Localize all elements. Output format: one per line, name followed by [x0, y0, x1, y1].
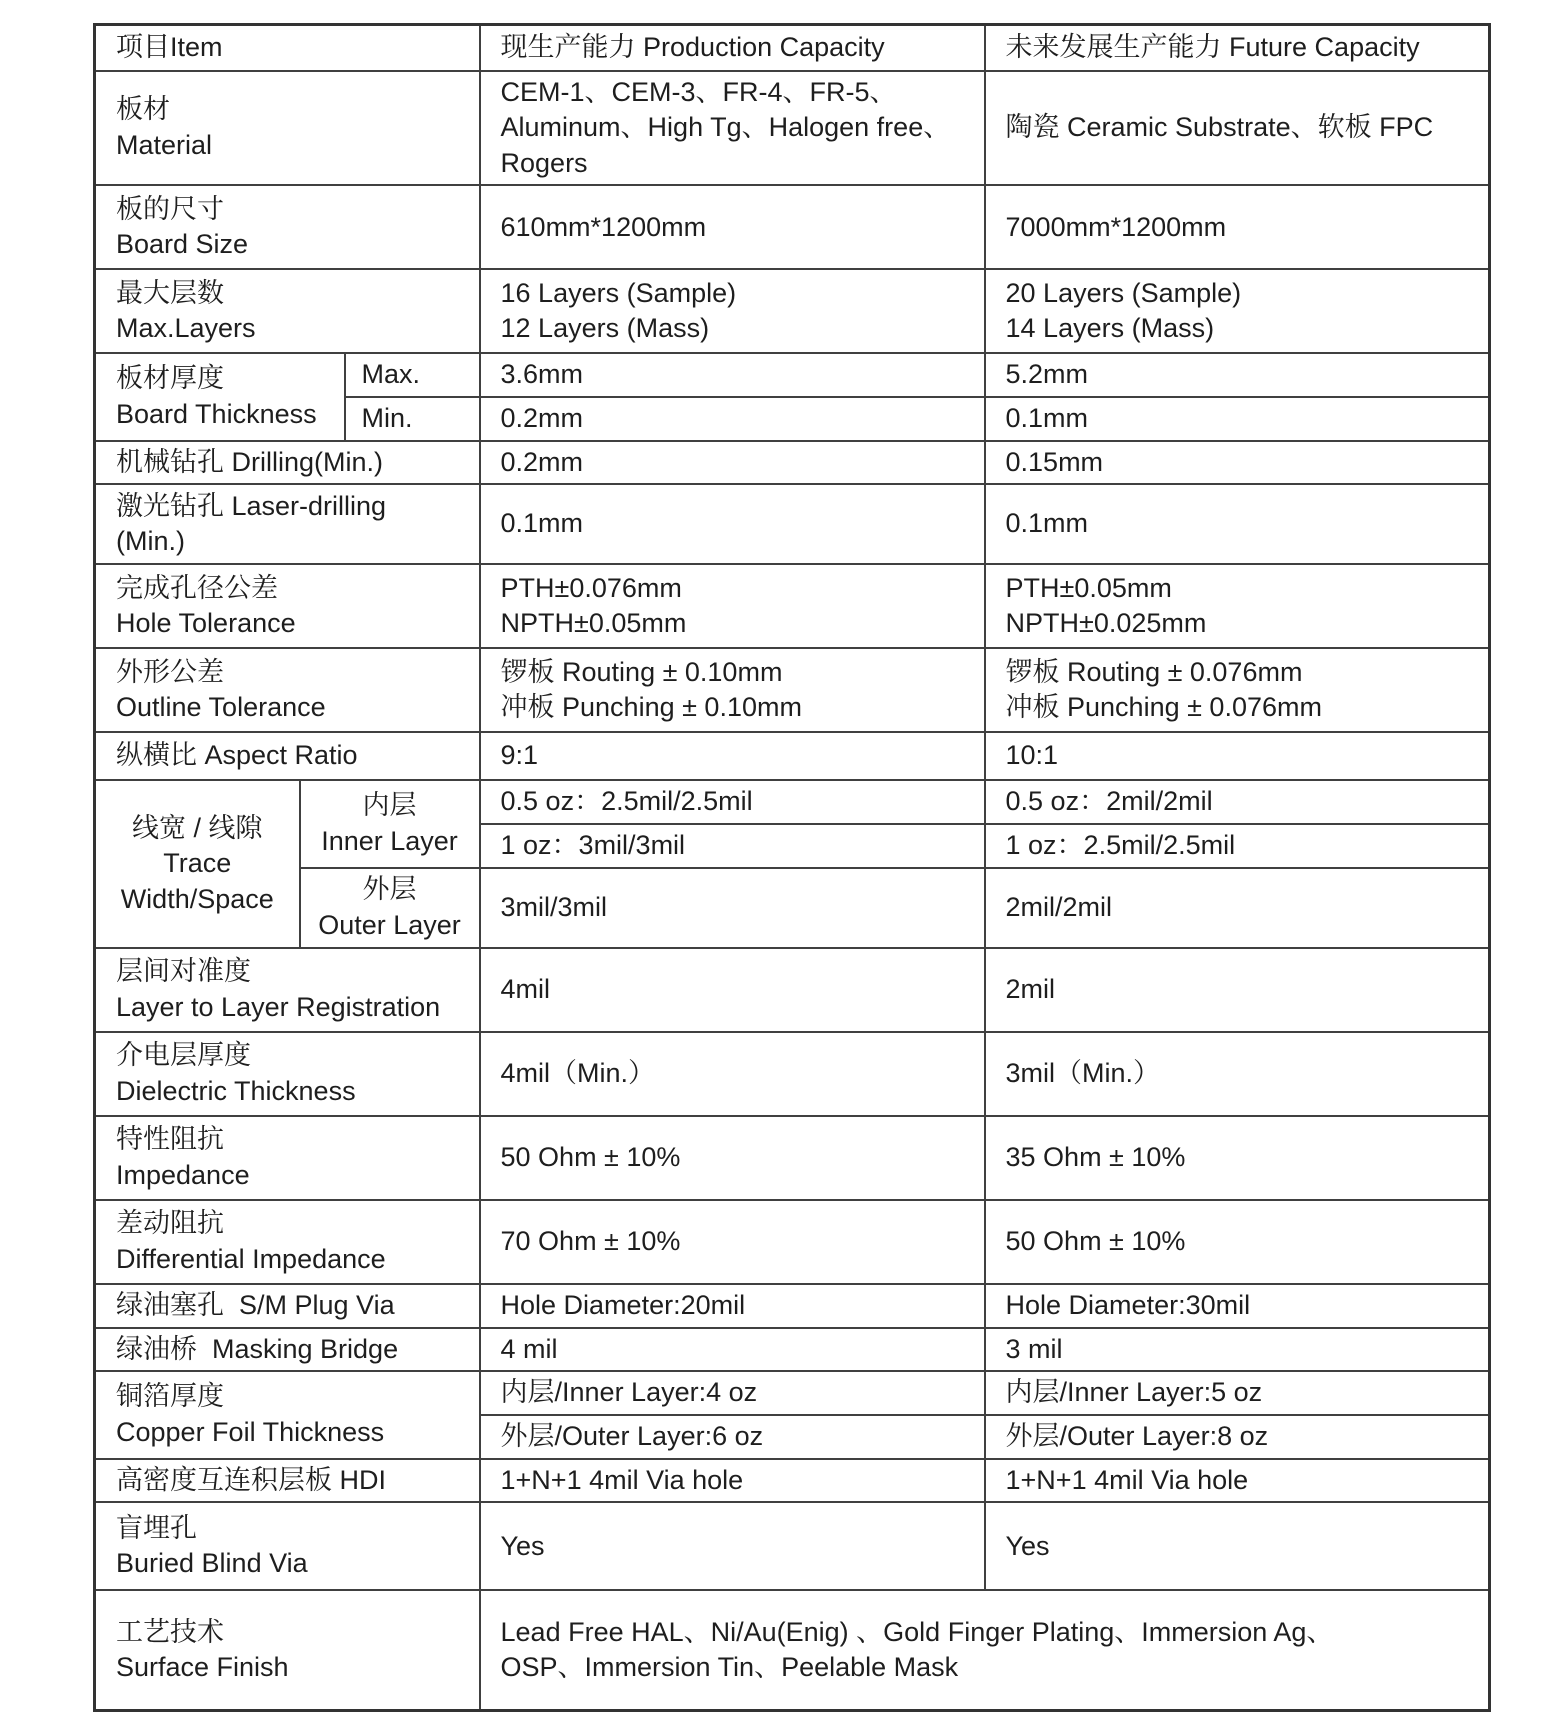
cell-board-thickness-label: 板材厚度 Board Thickness — [95, 353, 345, 440]
cell-impedance-production: 50 Ohm ± 10% — [480, 1116, 985, 1200]
cell-board-size-future: 7000mm*1200mm — [985, 185, 1490, 269]
cell-layer-registration-label: 层间对准度 Layer to Layer Registration — [95, 948, 480, 1032]
cell-copper-foil-inner-future: 内层/Inner Layer:5 oz — [985, 1371, 1490, 1415]
cell-laser-drilling-production: 0.1mm — [480, 484, 985, 564]
cell-layer-registration-future: 2mil — [985, 948, 1490, 1032]
cell-aspect-ratio-production: 9:1 — [480, 732, 985, 780]
cell-hdi-label: 高密度互连积层板 HDI — [95, 1459, 480, 1503]
cell-board-thickness-max-production: 3.6mm — [480, 353, 985, 397]
row-board-size: 板的尺寸 Board Size 610mm*1200mm 7000mm*1200… — [95, 185, 1490, 269]
cell-board-size-label: 板的尺寸 Board Size — [95, 185, 480, 269]
cell-trace-outer-label: 外层 Outer Layer — [300, 868, 480, 948]
cell-trace-inner-05oz-future: 0.5 oz：2mil/2mil — [985, 780, 1490, 824]
cell-drilling-future: 0.15mm — [985, 441, 1490, 485]
cell-hdi-future: 1+N+1 4mil Via hole — [985, 1459, 1490, 1503]
cell-surface-finish-value: Lead Free HAL、Ni/Au(Enig) 、Gold Finger P… — [480, 1590, 1490, 1710]
row-differential-impedance: 差动阻抗 Differential Impedance 70 Ohm ± 10%… — [95, 1200, 1490, 1284]
cell-trace-label: 线宽 / 线隙 Trace Width/Space — [95, 780, 300, 948]
row-copper-foil-inner: 铜箔厚度 Copper Foil Thickness 内层/Inner Laye… — [95, 1371, 1490, 1415]
cell-trace-inner-1oz-production: 1 oz：3mil/3mil — [480, 824, 985, 868]
cell-drilling-label: 机械钻孔 Drilling(Min.) — [95, 441, 480, 485]
cell-trace-inner-label: 内层 Inner Layer — [300, 780, 480, 868]
cell-max-layers-future: 20 Layers (Sample) 14 Layers (Mass) — [985, 269, 1490, 353]
cell-dielectric-label: 介电层厚度 Dielectric Thickness — [95, 1032, 480, 1116]
cell-masking-bridge-future: 3 mil — [985, 1328, 1490, 1372]
header-item: 项目Item — [95, 25, 480, 71]
cell-masking-bridge-production: 4 mil — [480, 1328, 985, 1372]
row-outline-tolerance: 外形公差 Outline Tolerance 锣板 Routing ± 0.10… — [95, 648, 1490, 732]
header-production-capacity: 现生产能力 Production Capacity — [480, 25, 985, 71]
cell-surface-finish-label: 工艺技术 Surface Finish — [95, 1590, 480, 1710]
cell-copper-foil-outer-production: 外层/Outer Layer:6 oz — [480, 1415, 985, 1459]
row-buried-blind-via: 盲埋孔 Buried Blind Via Yes Yes — [95, 1502, 1490, 1590]
cell-drilling-production: 0.2mm — [480, 441, 985, 485]
cell-dielectric-production: 4mil（Min.） — [480, 1032, 985, 1116]
cell-hole-tolerance-label: 完成孔径公差 Hole Tolerance — [95, 564, 480, 648]
cell-laser-drilling-label: 激光钻孔 Laser-drilling (Min.) — [95, 484, 480, 564]
cell-trace-inner-05oz-production: 0.5 oz：2.5mil/2.5mil — [480, 780, 985, 824]
cell-laser-drilling-future: 0.1mm — [985, 484, 1490, 564]
cell-impedance-future: 35 Ohm ± 10% — [985, 1116, 1490, 1200]
cell-copper-foil-label: 铜箔厚度 Copper Foil Thickness — [95, 1371, 480, 1459]
cell-outline-tolerance-future: 锣板 Routing ± 0.076mm 冲板 Punching ± 0.076… — [985, 648, 1490, 732]
cell-dielectric-future: 3mil（Min.） — [985, 1032, 1490, 1116]
cell-buried-blind-via-production: Yes — [480, 1502, 985, 1590]
cell-aspect-ratio-label: 纵横比 Aspect Ratio — [95, 732, 480, 780]
cell-buried-blind-via-label: 盲埋孔 Buried Blind Via — [95, 1502, 480, 1590]
cell-plug-via-label: 绿油塞孔 S/M Plug Via — [95, 1284, 480, 1328]
row-plug-via: 绿油塞孔 S/M Plug Via Hole Diameter:20mil Ho… — [95, 1284, 1490, 1328]
cell-buried-blind-via-future: Yes — [985, 1502, 1490, 1590]
cell-max-layers-label: 最大层数 Max.Layers — [95, 269, 480, 353]
cell-outline-tolerance-label: 外形公差 Outline Tolerance — [95, 648, 480, 732]
cell-differential-impedance-label: 差动阻抗 Differential Impedance — [95, 1200, 480, 1284]
cell-board-thickness-min-production: 0.2mm — [480, 397, 985, 441]
cell-board-thickness-max-future: 5.2mm — [985, 353, 1490, 397]
cell-material-label: 板材 Material — [95, 71, 480, 186]
header-future-capacity: 未来发展生产能力 Future Capacity — [985, 25, 1490, 71]
cell-copper-foil-inner-production: 内层/Inner Layer:4 oz — [480, 1371, 985, 1415]
pcb-capability-table: 项目Item 现生产能力 Production Capacity 未来发展生产能… — [93, 23, 1491, 1712]
cell-trace-inner-1oz-future: 1 oz：2.5mil/2.5mil — [985, 824, 1490, 868]
cell-hole-tolerance-future: PTH±0.05mm NPTH±0.025mm — [985, 564, 1490, 648]
cell-material-production: CEM-1、CEM-3、FR-4、FR-5、 Aluminum、High Tg、… — [480, 71, 985, 186]
cell-differential-impedance-future: 50 Ohm ± 10% — [985, 1200, 1490, 1284]
row-hdi: 高密度互连积层板 HDI 1+N+1 4mil Via hole 1+N+1 4… — [95, 1459, 1490, 1503]
cell-copper-foil-outer-future: 外层/Outer Layer:8 oz — [985, 1415, 1490, 1459]
row-material: 板材 Material CEM-1、CEM-3、FR-4、FR-5、 Alumi… — [95, 71, 1490, 186]
row-laser-drilling: 激光钻孔 Laser-drilling (Min.) 0.1mm 0.1mm — [95, 484, 1490, 564]
cell-differential-impedance-production: 70 Ohm ± 10% — [480, 1200, 985, 1284]
row-trace-inner-05oz: 线宽 / 线隙 Trace Width/Space 内层 Inner Layer… — [95, 780, 1490, 824]
row-masking-bridge: 绿油桥 Masking Bridge 4 mil 3 mil — [95, 1328, 1490, 1372]
cell-trace-outer-future: 2mil/2mil — [985, 868, 1490, 948]
cell-masking-bridge-label: 绿油桥 Masking Bridge — [95, 1328, 480, 1372]
row-hole-tolerance: 完成孔径公差 Hole Tolerance PTH±0.076mm NPTH±0… — [95, 564, 1490, 648]
cell-plug-via-future: Hole Diameter:30mil — [985, 1284, 1490, 1328]
cell-impedance-label: 特性阻抗 Impedance — [95, 1116, 480, 1200]
row-surface-finish: 工艺技术 Surface Finish Lead Free HAL、Ni/Au(… — [95, 1590, 1490, 1710]
cell-outline-tolerance-production: 锣板 Routing ± 0.10mm 冲板 Punching ± 0.10mm — [480, 648, 985, 732]
cell-trace-outer-production: 3mil/3mil — [480, 868, 985, 948]
cell-max-layers-production: 16 Layers (Sample) 12 Layers (Mass) — [480, 269, 985, 353]
cell-board-thickness-min-label: Min. — [345, 397, 480, 441]
row-max-layers: 最大层数 Max.Layers 16 Layers (Sample) 12 La… — [95, 269, 1490, 353]
row-drilling: 机械钻孔 Drilling(Min.) 0.2mm 0.15mm — [95, 441, 1490, 485]
cell-board-size-production: 610mm*1200mm — [480, 185, 985, 269]
cell-plug-via-production: Hole Diameter:20mil — [480, 1284, 985, 1328]
cell-board-thickness-max-label: Max. — [345, 353, 480, 397]
row-aspect-ratio: 纵横比 Aspect Ratio 9:1 10:1 — [95, 732, 1490, 780]
cell-material-future: 陶瓷 Ceramic Substrate、软板 FPC — [985, 71, 1490, 186]
row-trace-outer: 外层 Outer Layer 3mil/3mil 2mil/2mil — [95, 868, 1490, 948]
row-board-thickness-max: 板材厚度 Board Thickness Max. 3.6mm 5.2mm — [95, 353, 1490, 397]
header-row: 项目Item 现生产能力 Production Capacity 未来发展生产能… — [95, 25, 1490, 71]
cell-layer-registration-production: 4mil — [480, 948, 985, 1032]
row-layer-registration: 层间对准度 Layer to Layer Registration 4mil 2… — [95, 948, 1490, 1032]
cell-aspect-ratio-future: 10:1 — [985, 732, 1490, 780]
cell-board-thickness-min-future: 0.1mm — [985, 397, 1490, 441]
cell-hdi-production: 1+N+1 4mil Via hole — [480, 1459, 985, 1503]
row-impedance: 特性阻抗 Impedance 50 Ohm ± 10% 35 Ohm ± 10% — [95, 1116, 1490, 1200]
cell-hole-tolerance-production: PTH±0.076mm NPTH±0.05mm — [480, 564, 985, 648]
row-dielectric: 介电层厚度 Dielectric Thickness 4mil（Min.） 3m… — [95, 1032, 1490, 1116]
